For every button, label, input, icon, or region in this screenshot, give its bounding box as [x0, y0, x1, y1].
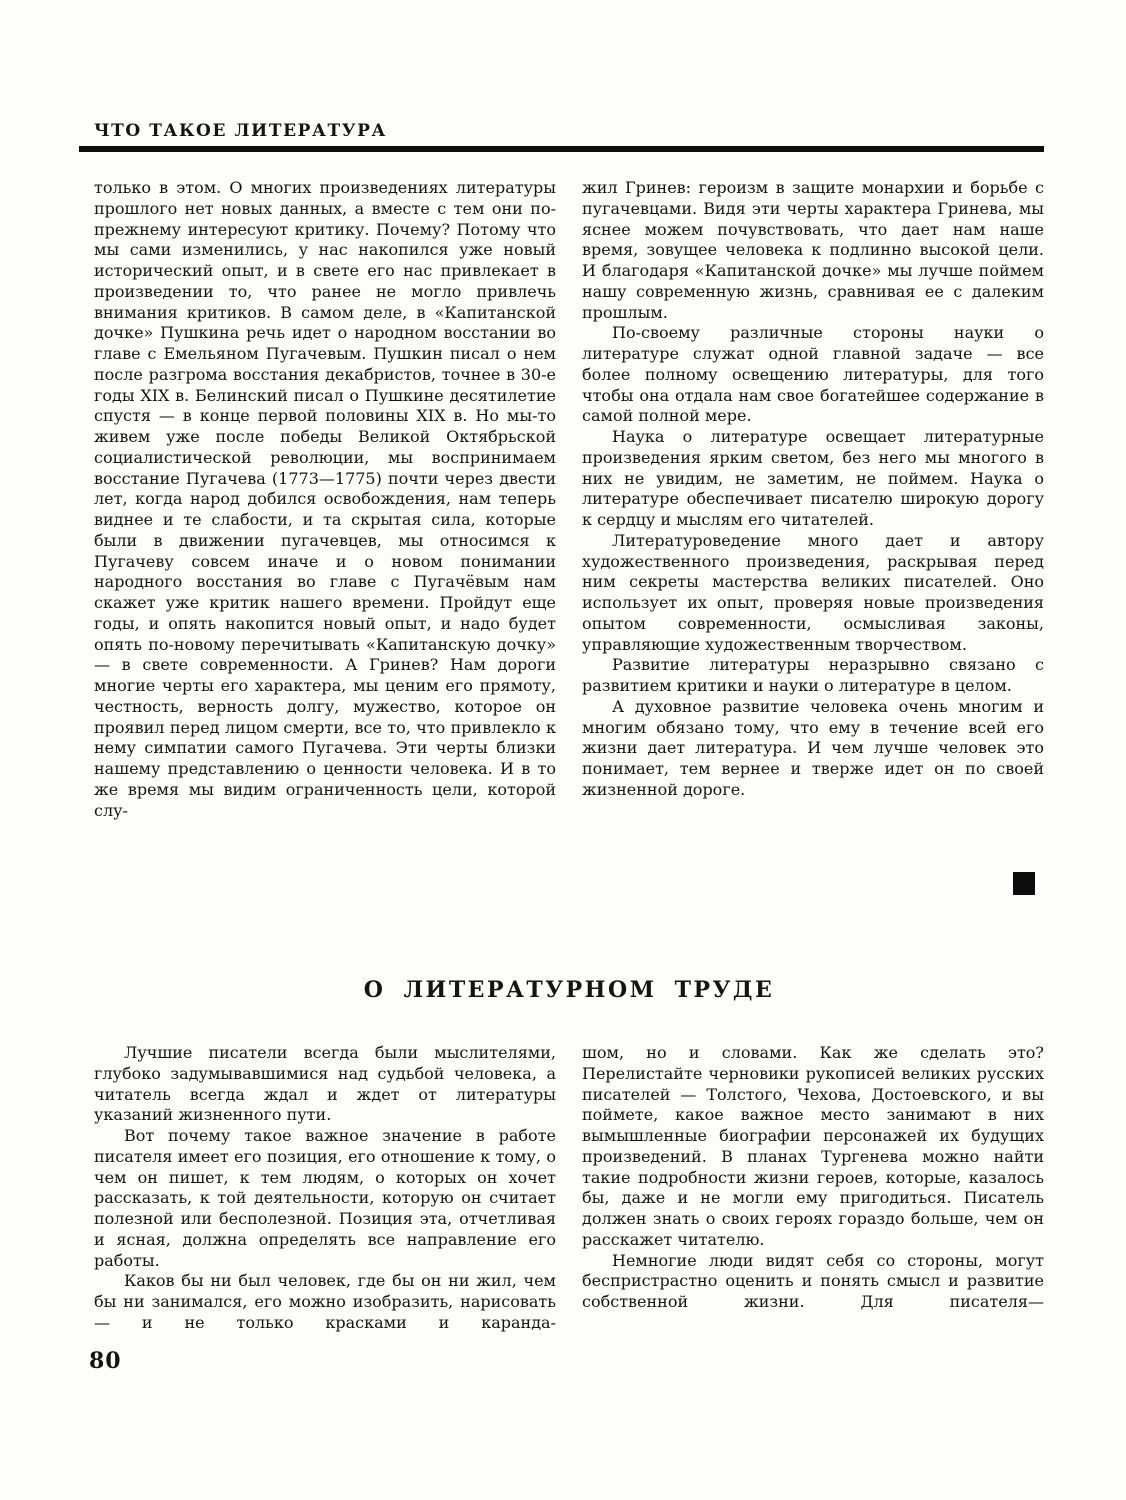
- paragraph: жил Гринев: героизм в защите монархии и …: [582, 178, 1044, 323]
- left-column: только в этом. О многих произведениях ли…: [94, 178, 556, 821]
- right-column: жил Гринев: героизм в защите монархии и …: [582, 178, 1044, 821]
- left-column: Лучшие писатели всегда были мыслителями,…: [94, 1043, 556, 1334]
- paragraph: А духовное развитие человека очень многи…: [582, 697, 1044, 801]
- paragraph: шом, но и словами. Как же сделать это? П…: [582, 1043, 1044, 1251]
- header-rule: [79, 146, 1044, 152]
- article-what-is-literature: только в этом. О многих произведениях ли…: [94, 178, 1044, 821]
- right-column: шом, но и словами. Как же сделать это? П…: [582, 1043, 1044, 1334]
- page-number: 80: [89, 1348, 122, 1374]
- paragraph: Наука о литературе освещает литературные…: [582, 427, 1044, 531]
- paragraph: Развитие литературы неразрывно связано с…: [582, 655, 1044, 697]
- running-head: ЧТО ТАКОЕ ЛИТЕРАТУРА: [94, 121, 387, 141]
- section-heading: О ЛИТЕРАТУРНОМ ТРУДЕ: [94, 977, 1044, 1003]
- paragraph: Немногие люди видят себя со стороны, мог…: [582, 1251, 1044, 1313]
- book-page: ЧТО ТАКОЕ ЛИТЕРАТУРА только в этом. О мн…: [0, 0, 1126, 1500]
- paragraph: Лучшие писатели всегда были мыслителями,…: [94, 1043, 556, 1126]
- paragraph: Каков бы ни был человек, где бы он ни жи…: [94, 1271, 556, 1333]
- paragraph: только в этом. О многих произведениях ли…: [94, 178, 556, 821]
- article-on-literary-work: Лучшие писатели всегда были мыслителями,…: [94, 1043, 1044, 1334]
- paragraph: Вот почему такое важное значение в работ…: [94, 1126, 556, 1271]
- end-of-article-mark: [1013, 872, 1035, 895]
- paragraph: Литературоведение много дает и автору ху…: [582, 531, 1044, 656]
- paragraph: По-своему различные стороны науки о лите…: [582, 323, 1044, 427]
